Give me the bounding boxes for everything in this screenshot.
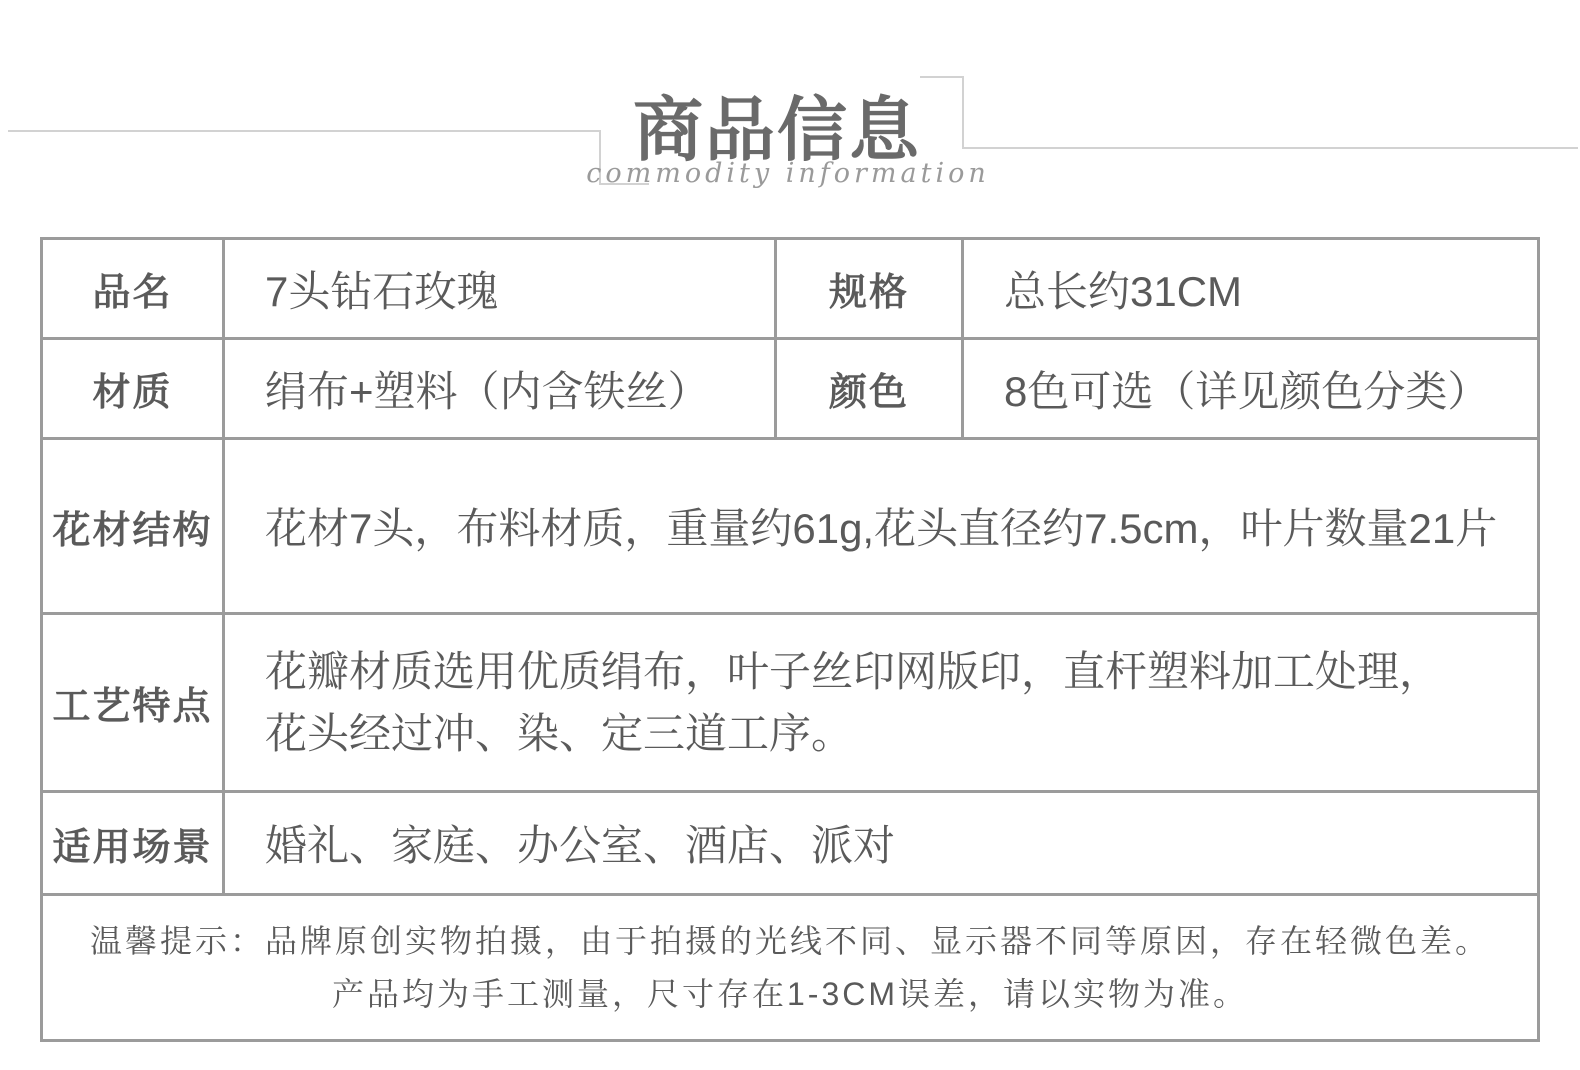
- notice-line-1: 温馨提示：品牌原创实物拍摄，由于拍摄的光线不同、显示器不同等原因，存在轻微色差。: [90, 915, 1490, 968]
- structure-label: 花材结构: [43, 440, 225, 612]
- page-subtitle: commodity information: [586, 158, 989, 189]
- material-label: 材质: [43, 340, 225, 437]
- product-name-value: 7头钻石玫瑰: [225, 240, 777, 337]
- right-bracket-line: [920, 77, 1578, 148]
- table-row-name-spec: 品名 7头钻石玫瑰 规格 总长约31CM: [43, 240, 1537, 340]
- craft-value: 花瓣材质选用优质绢布，叶子丝印网版印，直杆塑料加工处理， 花头经过冲、染、定三道…: [225, 615, 1537, 790]
- spec-value: 总长约31CM: [964, 240, 1537, 337]
- structure-value: 花材7头，布料材质，重量约61g,花头直径约7.5cm，叶片数量21片: [225, 440, 1537, 612]
- craft-value-line-1: 花瓣材质选用优质绢布，叶子丝印网版印，直杆塑料加工处理，: [265, 641, 1441, 703]
- color-label: 颜色: [777, 340, 964, 437]
- table-row-craft: 工艺特点 花瓣材质选用优质绢布，叶子丝印网版印，直杆塑料加工处理， 花头经过冲、…: [43, 615, 1537, 793]
- craft-value-line-2: 花头经过冲、染、定三道工序。: [265, 703, 853, 765]
- product-name-label: 品名: [43, 240, 225, 337]
- table-row-structure: 花材结构 花材7头，布料材质，重量约61g,花头直径约7.5cm，叶片数量21片: [43, 440, 1537, 615]
- table-row-material-color: 材质 绢布+塑料（内含铁丝） 颜色 8色可选（详见颜色分类）: [43, 340, 1537, 440]
- product-info-page: 商品信息 commodity information 品名 7头钻石玫瑰 规格 …: [0, 0, 1580, 1070]
- spec-label: 规格: [777, 240, 964, 337]
- notice-line-2: 产品均为手工测量，尺寸存在1-3CM误差，请以实物为准。: [332, 968, 1248, 1021]
- scenes-value: 婚礼、家庭、办公室、酒店、派对: [225, 793, 1537, 893]
- table-row-notice: 温馨提示：品牌原创实物拍摄，由于拍摄的光线不同、显示器不同等原因，存在轻微色差。…: [43, 896, 1537, 1039]
- material-value: 绢布+塑料（内含铁丝）: [225, 340, 777, 437]
- table-row-scenes: 适用场景 婚礼、家庭、办公室、酒店、派对: [43, 793, 1537, 896]
- left-bracket-line: [8, 131, 649, 184]
- scenes-label: 适用场景: [43, 793, 225, 893]
- color-value: 8色可选（详见颜色分类）: [964, 340, 1537, 437]
- craft-label: 工艺特点: [43, 615, 225, 790]
- product-info-table: 品名 7头钻石玫瑰 规格 总长约31CM 材质 绢布+塑料（内含铁丝） 颜色 8…: [40, 237, 1540, 1042]
- notice-text: 温馨提示：品牌原创实物拍摄，由于拍摄的光线不同、显示器不同等原因，存在轻微色差。…: [43, 896, 1537, 1039]
